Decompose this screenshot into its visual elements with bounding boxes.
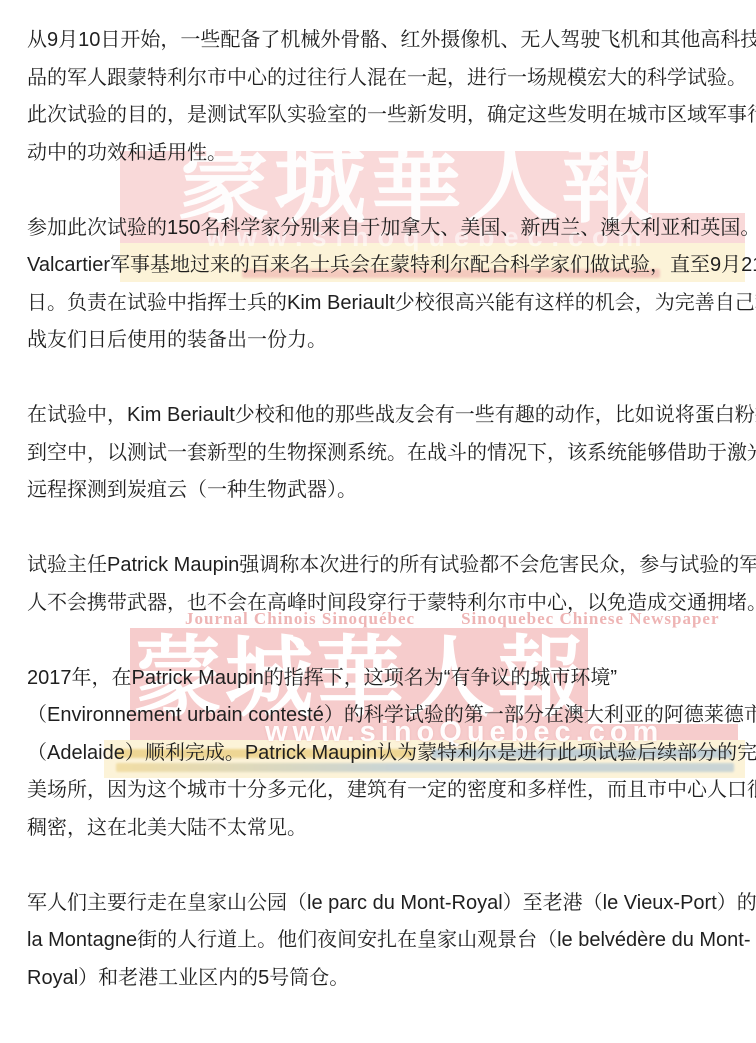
text-line: 动中的功效和适用性。 — [27, 135, 735, 173]
paragraph: 从9月10日开始，一些配备了机械外骨骼、红外摄像机、无人驾驶飞机和其他高科技产品… — [27, 22, 735, 172]
text-line: 美场所，因为这个城市十分多元化，建筑有一定的密度和多样性，而且市中心人口很 — [27, 772, 735, 810]
text-line: Valcartier军事基地过来的百来名士兵会在蒙特利尔配合科学家们做试验，直至… — [27, 247, 735, 285]
paragraph: 2017年，在Patrick Maupin的指挥下，这项名为“有争议的城市环境”… — [27, 660, 735, 848]
text-line: Royal）和老港工业区内的5号筒仓。 — [27, 960, 735, 998]
paragraph: 试验主任Patrick Maupin强调称本次进行的所有试验都不会危害民众，参与… — [27, 547, 735, 622]
text-line: 军人们主要行走在皇家山公园（le parc du Mont-Royal）至老港（… — [27, 885, 735, 923]
text-line: 2017年，在Patrick Maupin的指挥下，这项名为“有争议的城市环境” — [27, 660, 735, 698]
text-line: 从9月10日开始，一些配备了机械外骨骼、红外摄像机、无人驾驶飞机和其他高科技产 — [27, 22, 735, 60]
text-line: 此次试验的目的，是测试军队实验室的一些新发明，确定这些发明在城市区域军事行 — [27, 97, 735, 135]
text-line: 参加此次试验的150名科学家分别来自于加拿大、美国、新西兰、澳大利亚和英国。从 — [27, 210, 735, 248]
text-line: （Environnement urbain contesté）的科学试验的第一部… — [27, 697, 735, 735]
text-line: 稠密，这在北美大陆不太常见。 — [27, 810, 735, 848]
text-line: （Adelaide）顺利完成。Patrick Maupin认为蒙特利尔是进行此项… — [27, 735, 735, 773]
text-line: 日。负责在试验中指挥士兵的Kim Beriault少校很高兴能有这样的机会，为完… — [27, 285, 735, 323]
paragraph: 军人们主要行走在皇家山公园（le parc du Mont-Royal）至老港（… — [27, 885, 735, 998]
text-line: 到空中，以测试一套新型的生物探测系统。在战斗的情况下，该系统能够借助于激光， — [27, 435, 735, 473]
text-line: 在试验中，Kim Beriault少校和他的那些战友会有一些有趣的动作，比如说将… — [27, 397, 735, 435]
text-line: la Montagne街的人行道上。他们夜间安扎在皇家山观景台（le belvé… — [27, 922, 735, 960]
text-line: 人不会携带武器，也不会在高峰时间段穿行于蒙特利尔市中心，以免造成交通拥堵。 — [27, 585, 735, 623]
text-line: 战友们日后使用的装备出一份力。 — [27, 322, 735, 360]
paragraph: 参加此次试验的150名科学家分别来自于加拿大、美国、新西兰、澳大利亚和英国。从V… — [27, 210, 735, 360]
text-line: 品的军人跟蒙特利尔市中心的过往行人混在一起，进行一场规模宏大的科学试验。 — [27, 60, 735, 98]
article-page: 蒙城華人報 www.sinoquebec.com Journal Chinois… — [0, 0, 756, 1043]
article-body: 从9月10日开始，一些配备了机械外骨骼、红外摄像机、无人驾驶飞机和其他高科技产品… — [27, 22, 735, 997]
paragraph: 在试验中，Kim Beriault少校和他的那些战友会有一些有趣的动作，比如说将… — [27, 397, 735, 510]
text-line: 试验主任Patrick Maupin强调称本次进行的所有试验都不会危害民众，参与… — [27, 547, 735, 585]
text-line: 远程探测到炭疽云（一种生物武器）。 — [27, 472, 735, 510]
